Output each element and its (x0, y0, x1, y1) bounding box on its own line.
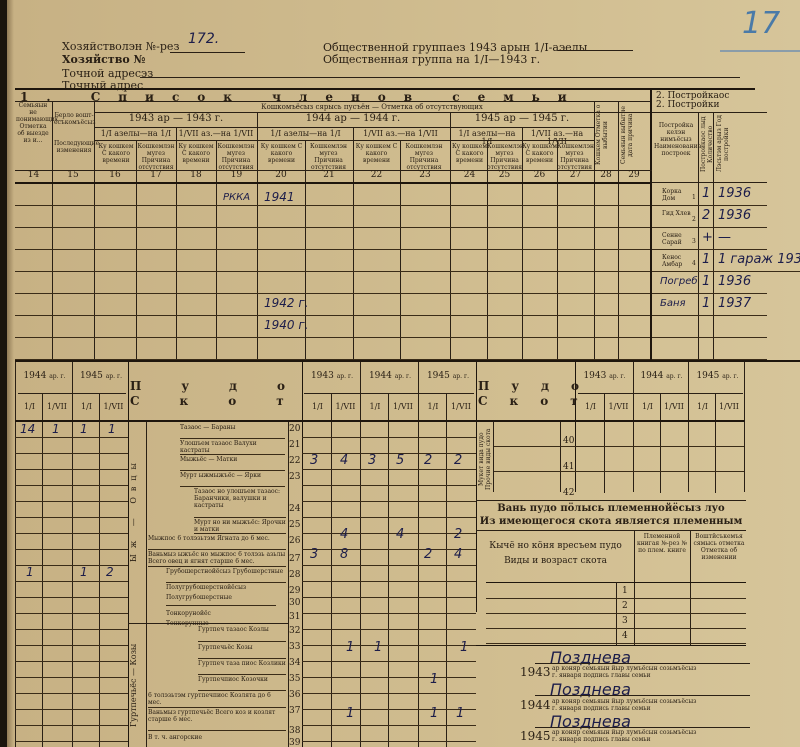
livestock-title-ru-right: Скот (478, 397, 578, 405)
mid-year-1945: 1945 ар. г. (420, 372, 476, 380)
building-name: Кенос Амбар (662, 254, 692, 268)
right-year-1944: 1944 ар. г. (635, 372, 688, 380)
building-index: 2 (692, 216, 696, 223)
building-row: Баня 1 1937 (652, 294, 767, 316)
pedigree-row-num: 2 (622, 601, 628, 611)
value-cell: 2 (454, 453, 462, 468)
pedigree-row-num: 3 (622, 616, 628, 626)
col-number: 15 (52, 171, 94, 179)
left-value: 2 (106, 565, 114, 579)
col-number: 29 (618, 171, 650, 179)
col-number: 23 (400, 171, 450, 179)
pedigree-title-ru: Из имеющегося скота является племенным (478, 518, 744, 526)
value-cell: 8 (340, 547, 348, 562)
group-goats-label: Гуртпечьёс — Козы (130, 630, 144, 740)
row-label: Улошъем тазаос Валухи кастраты (180, 440, 285, 455)
household-no-label-ru: Хозяйство № (62, 53, 145, 66)
col-number: 16 (94, 171, 136, 179)
row-label: Мыжьёс — Матки (180, 456, 285, 471)
signature-caption: ар коняр семьяын йыр лумъёсын созьмъёсыз (552, 729, 696, 736)
col19-header: Кошкемлэн мугез Причина отсутствия (216, 143, 256, 171)
handwritten-1942: 1942 г. (264, 296, 308, 310)
col15-header-komi: Берло вошт-ёсъкомъёсыз (54, 112, 94, 126)
row-label: Мурт ыжмыжъёс — Ярки (180, 472, 285, 487)
building-year: 1936 (718, 274, 751, 289)
col22-header: Ку кошкем С какого времени (353, 143, 400, 164)
col-number: 22 (353, 171, 400, 179)
row-label: Гуртпеч таза пиос Козлики (198, 660, 286, 675)
building-count: 1 (702, 274, 710, 289)
building-name: Баня (660, 298, 686, 309)
livestock-title-komi-right: Пудо (478, 382, 578, 390)
mid-year-1943: 1943 ар. г. (304, 372, 360, 380)
sub-col-label: 1/VII (99, 403, 128, 411)
other-livestock-label: Мукет вида пудо Прочие виды скота (478, 424, 492, 494)
building-index: 3 (692, 238, 696, 245)
col27-header: Кошкемлэн мугез Причина отсутствия (557, 143, 592, 171)
livestock-row-labels: Тазаос — Бараны Улошъем тазаос Валухи ка… (146, 422, 302, 747)
col-number: 28 (594, 171, 618, 179)
sub-col-label: 1/VII (42, 403, 72, 411)
value-cell: 3 (310, 453, 318, 468)
col-number: 24 (452, 171, 487, 179)
sub-col-label: 1/VII (331, 403, 360, 411)
signatures-block: Позднева 1943 ар коняр семьяын йыр лумъё… (510, 648, 750, 747)
buildings-title-ru: 2. Постройки (656, 100, 720, 110)
sub-col-label: 1/I (362, 403, 388, 411)
value-cell: 3 (368, 453, 376, 468)
row-label: Ваньмыз ыжъёс но мыжпос 6 толэзь азьлы В… (148, 551, 286, 567)
building-count: 1 (702, 252, 710, 267)
left-value: 1 (52, 422, 60, 436)
value-cell: 4 (454, 547, 462, 562)
signature-caption: ар коняр семьяын йыр лумъёсын созьмъёсыз (552, 665, 696, 672)
sub-col-label: 1/VII (388, 403, 418, 411)
sub-header: 1/I азелы—на 1/I (258, 130, 353, 138)
building-row: Сенне Сарай 3 + — (652, 228, 767, 250)
livestock-title-komi: Пудо (130, 382, 300, 390)
value-cell: 5 (396, 453, 404, 468)
pedigree-col-kind-ru: Виды и возраст скота (478, 557, 633, 565)
col-number: 17 (136, 171, 176, 179)
sub-col-label: 1/VII (446, 403, 476, 411)
pedigree-title-komi: Вань пудо пöлысь племеннойёсыз луо (478, 505, 744, 513)
row-label: В т. ч. ангорские (148, 734, 286, 746)
value-cell: 2 (424, 547, 432, 562)
building-year: — (718, 230, 731, 245)
col29-header: Семьяын выбытие дата причина (620, 102, 646, 168)
members-grid (15, 184, 650, 360)
building-count: 1 (702, 296, 710, 311)
col16-header: Ку кошкем С какого времени (96, 143, 136, 164)
sub-col-label: 1/I (690, 403, 715, 411)
signature-1944: Позднева (550, 680, 631, 699)
left-value: 1 (80, 422, 88, 436)
building-index: 1 (692, 194, 696, 201)
right-year-1945: 1945 ар. г. (690, 372, 745, 380)
building-year: 1936 (718, 208, 751, 223)
col28-header: Кошкем Отметка о выбытии (595, 102, 617, 168)
pedigree-col-book: Племенной книгая №-рез № по плем. книге (636, 533, 688, 554)
left-livestock-grid (15, 422, 128, 747)
col-number: 25 (487, 171, 522, 179)
left-value: 14 (20, 422, 35, 436)
building-row: Погреб 1 1936 (652, 272, 767, 294)
sub-col-label: 1/I (304, 403, 331, 411)
value-cell: 1 (374, 640, 382, 655)
sub-col-label: 1/VII (604, 403, 633, 411)
year-1943-header: 1943 ар — 1943 г. (96, 115, 256, 123)
sub-col-label: 1/VII (660, 403, 688, 411)
pedigree-col-change: Воштйсъкемъя сямысь отметка Отметка об и… (692, 533, 746, 561)
value-cell: 2 (454, 527, 462, 542)
col-number: 18 (176, 171, 216, 179)
page-number: 17 (742, 6, 780, 41)
building-name: Сенне Сарай (662, 232, 692, 246)
building-index: 4 (692, 260, 696, 267)
signature-caption: г. января подпись главы семьи (552, 705, 651, 712)
mid-livestock-grid (302, 422, 476, 747)
sub-col-label: 1/I (635, 403, 660, 411)
handwritten-1941: 1941 (264, 190, 295, 204)
col-number: 27 (557, 171, 594, 179)
building-name: Погреб (660, 276, 698, 287)
sub-col-label: 1/I (17, 403, 42, 411)
col-number: 21 (305, 171, 353, 179)
row-number: 42 (563, 488, 574, 498)
value-cell: 1 (456, 706, 464, 721)
row-label: Гуртпеч тазаос Козлы (198, 626, 286, 642)
building-row: Гид Хлев 2 2 1936 (652, 206, 767, 228)
col20-header: Ку кошкем С какого времени (258, 143, 305, 164)
column-numbers-row: 14 15 16 17 18 19 20 21 22 23 24 25 26 2… (15, 171, 652, 182)
value-cell: 4 (396, 527, 404, 542)
right-year-1943: 1943 ар. г. (577, 372, 632, 380)
row-number: 41 (563, 462, 574, 472)
row-numbers: 20 21 22 23 24 25 26 27 28 29 30 31 32 3… (288, 422, 302, 747)
buildings-col-count: Постройкаос лыд Количество (700, 114, 712, 174)
signature-year: 1945 (520, 729, 551, 743)
binding-edge (0, 0, 7, 747)
building-year: 1936 (718, 186, 751, 201)
value-cell: 4 (340, 527, 348, 542)
row-label: Полугрубошерстные (166, 594, 276, 606)
building-count: 2 (702, 208, 710, 223)
col14-header: Семьяын не понимающих... Отметка об выез… (16, 102, 50, 172)
col17-header: Кошкемлэн мугез Причина отсутствия (136, 143, 176, 171)
household-no-value: 172. (188, 31, 219, 47)
building-row: Корка Дом 1 1 1936 (652, 184, 767, 206)
mid-year-1944: 1944 ар. г. (362, 372, 418, 380)
row-label: Тазаос но улошъем тазаос: Баранчики, вал… (194, 488, 286, 518)
sub-col-label: 1/VII (715, 403, 743, 411)
handwritten-1940: 1940 г. (264, 318, 308, 332)
building-count: 1 (702, 186, 710, 201)
left-value: 1 (108, 422, 116, 436)
signature-caption: г. января подпись главы семьи (552, 736, 651, 743)
pedigree-row-num: 1 (622, 586, 628, 596)
row-label: Гуртпечпиос Козочки (198, 676, 286, 691)
col18-header: Ку кошкем С какого времени (176, 143, 216, 164)
row-label: Грубошерстнойёсыз Грубошерстные (166, 568, 286, 583)
row-label: Тазаос — Бараны (180, 424, 285, 439)
left-value: 1 (26, 565, 34, 579)
value-cell: 1 (346, 706, 354, 721)
row-label: Гуртпечьёс Козы (198, 644, 286, 659)
col-number: 26 (522, 171, 557, 179)
buildings-col-name: Постройка келэн нимъёсыз Наименование по… (654, 122, 698, 157)
row-label: 6 толэзьтэм гуртпечпиос Козлята до 6 мес… (148, 692, 286, 708)
buildings-col-year: Лэсьтэм арыз Год постройки (716, 114, 744, 174)
col26-header: Ку кошкем С какого времени (522, 143, 557, 164)
absence-header: Кошкомъёсыз сярысь пусъён — Отметка об о… (96, 103, 648, 111)
ledger-page: Хозяйстволэн №-рез 172. Хозяйство № Точн… (0, 0, 800, 747)
left-value: 1 (80, 565, 88, 579)
other-livestock-grid (494, 422, 744, 492)
value-cell: 1 (346, 640, 354, 655)
sub-col-label: 1/I (420, 403, 446, 411)
group-sheep-label: Ыж — Овцы (130, 440, 144, 580)
building-row: Кенос Амбар 4 1 1 гараж 1936 (652, 250, 800, 272)
col15-header-ru: Последующие изменения (54, 140, 94, 154)
signature-caption: ар коняр семьяын йыр лумъёсын созьмъёсыз (552, 698, 696, 705)
value-cell: 1 (430, 706, 438, 721)
col25-header: Кошкемлэн мугез Причина отсутствия (487, 143, 522, 171)
building-name: Гид Хлев (662, 210, 692, 217)
building-count: + (702, 230, 713, 245)
pedigree-col-kind-komi: Кычё но кöня вресъем пудо (478, 542, 633, 550)
left-year-1944: 1944 ар. г. (17, 372, 72, 380)
pedigree-grid (486, 584, 746, 644)
handwritten-rkka: РККА (223, 192, 250, 203)
col-number: 14 (15, 171, 52, 179)
year-1944-header: 1944 ар — 1944 г. (258, 115, 448, 123)
group-label-ru: Общественная группа на 1/I—1943 г. (323, 53, 540, 66)
row-label: Мурт но ни мыжъёс: Ярочки и матки (194, 519, 286, 534)
row-label: Мыжпос 6 толэзьтэм Ягната до 6 мес. (148, 535, 286, 550)
building-name: Корка Дом (662, 188, 692, 202)
col21-header: Кошкемлэн мугез Причина отсутствия (305, 143, 352, 171)
building-year: 1 гараж 1936 (718, 252, 800, 267)
signature-year: 1943 (520, 665, 551, 679)
household-no-label-komi: Хозяйстволэн №-рез (62, 40, 179, 53)
value-cell: 2 (424, 453, 432, 468)
pedigree-row-num: 4 (622, 631, 628, 641)
value-cell: 1 (430, 672, 438, 687)
building-year: 1937 (718, 296, 751, 311)
signature-caption: г. января подпись главы семьи (552, 672, 651, 679)
sub-header: 1/VII аз.—на 1/VII (353, 130, 448, 138)
col23-header: Кошкемлэн мугез Причина отсутствия (400, 143, 448, 171)
value-cell: 4 (340, 453, 348, 468)
col24-header: Ку кошкем С какого времени (452, 143, 487, 164)
sub-col-label: 1/I (74, 403, 99, 411)
value-cell: 3 (310, 547, 318, 562)
row-label: Ваньмыз гуртпечьёс Всего коз и козлят ст… (148, 709, 286, 731)
col-number: 19 (216, 171, 257, 179)
sub-header: 1/VII аз.—на 1/VII (176, 130, 256, 138)
sub-col-label: 1/I (577, 403, 604, 411)
page-number-underline (720, 50, 800, 52)
year-1945-header: 1945 ар — 1945 г. (452, 115, 592, 123)
sub-header: 1/I азелы—на 1/I (96, 130, 176, 138)
left-year-1945: 1945 ар. г. (74, 372, 128, 380)
col-number: 20 (257, 171, 305, 179)
value-cell: 1 (460, 640, 468, 655)
signature-year: 1944 (520, 698, 551, 712)
row-number: 40 (563, 436, 574, 446)
livestock-title-ru: Скот (130, 397, 300, 405)
